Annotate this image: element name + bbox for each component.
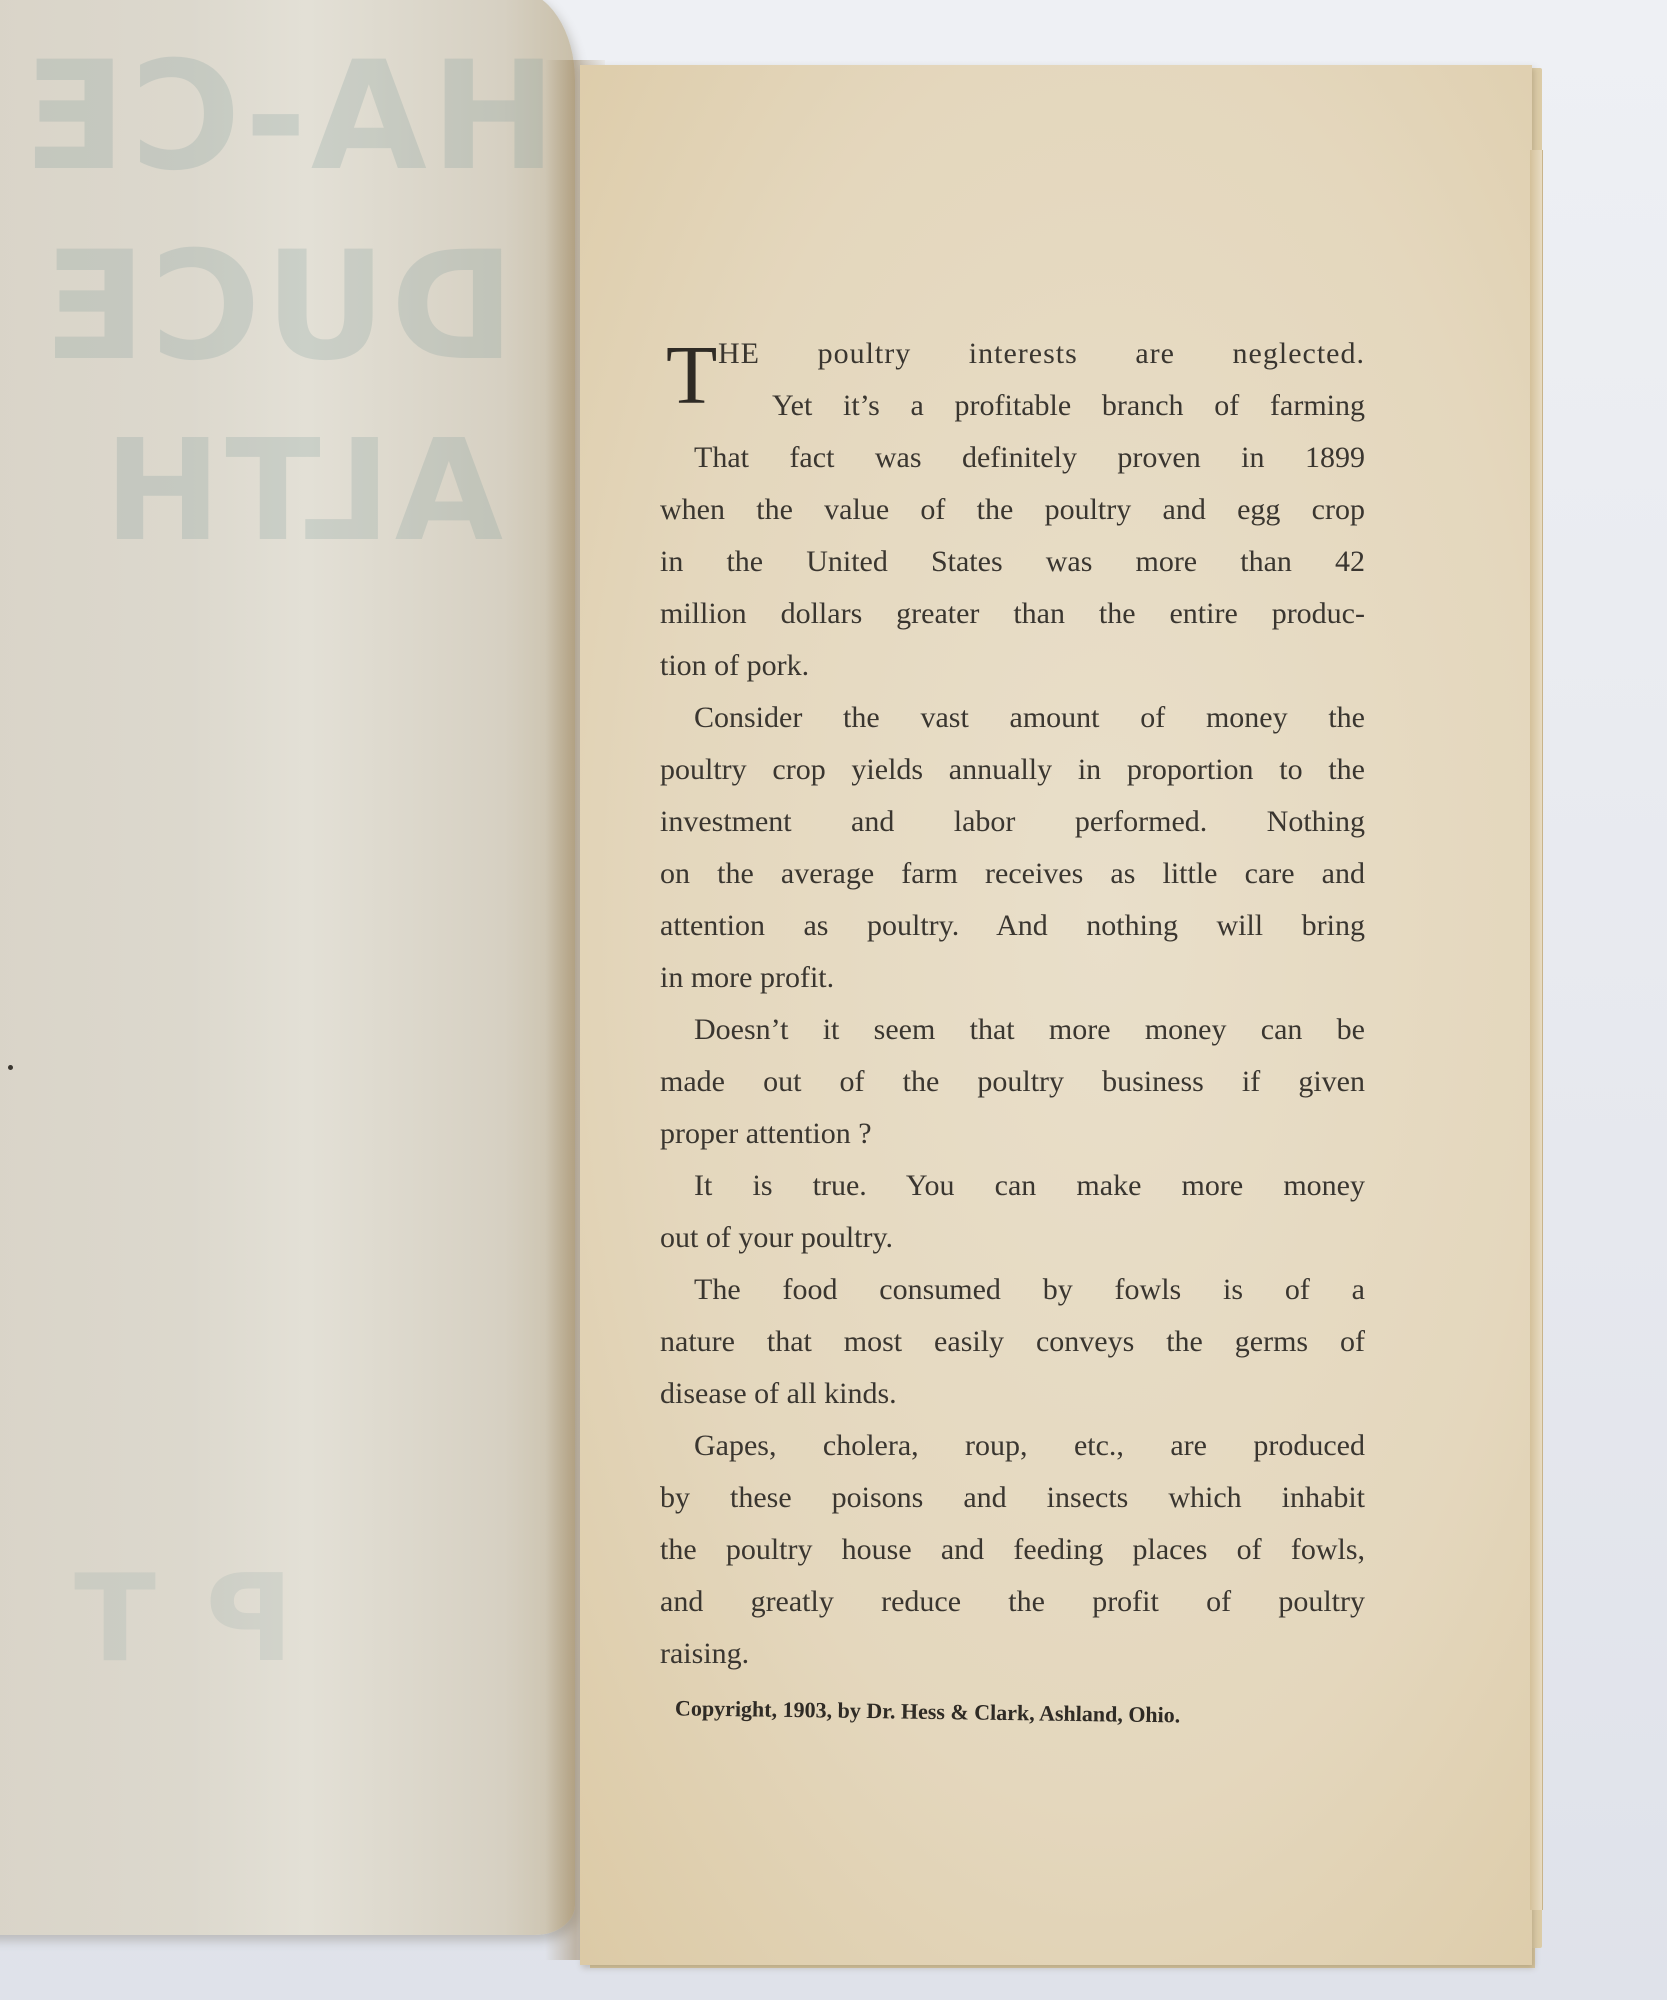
text-line: tion of pork. (660, 640, 1365, 692)
text-line: disease of all kinds. (660, 1368, 1365, 1420)
text-line: and greatly reduce the profit of poultry (660, 1576, 1365, 1628)
paragraph-1: T HE poultry interests are neglected. Ye… (660, 328, 1365, 432)
drop-cap: T (666, 334, 717, 418)
text-line: The food consumed by fowls is of a (660, 1264, 1365, 1316)
text-line: investment and labor performed. Nothing (660, 796, 1365, 848)
text-line: raising. (660, 1628, 1365, 1680)
text-line: Consider the vast amount of money the (660, 692, 1365, 744)
text-line: Doesn’t it seem that more money can be (660, 1004, 1365, 1056)
text-line: That fact was definitely proven in 1899 (660, 432, 1365, 484)
paragraph-4: Doesn’t it seem that more money can be m… (660, 1004, 1365, 1160)
page-edge (1530, 150, 1543, 1910)
body-text: T HE poultry interests are neglected. Ye… (660, 328, 1365, 1680)
text-line: in more profit. (660, 952, 1365, 1004)
ink-speck (8, 1065, 13, 1070)
text-line: It is true. You can make more money (660, 1160, 1365, 1212)
text-line: proper attention ? (660, 1108, 1365, 1160)
paragraph-7: Gapes, cholera, roup, etc., are produced… (660, 1420, 1365, 1680)
text-line: poultry crop yields annually in proporti… (660, 744, 1365, 796)
ghost-text-line: HA-CE (20, 30, 556, 204)
paragraph-3: Consider the vast amount of money the po… (660, 692, 1365, 1004)
ghost-text-line: DUCE (40, 220, 515, 394)
left-page: HA-CE DUCE ALTH P T (0, 0, 575, 1935)
text-line: Gapes, cholera, roup, etc., are produced (660, 1420, 1365, 1472)
text-line: out of your poultry. (660, 1212, 1365, 1264)
text-line: Yet it’s a profitable branch of farming (660, 380, 1365, 432)
text-line: nature that most easily conveys the germ… (660, 1316, 1365, 1368)
paragraph-6: The food consumed by fowls is of a natur… (660, 1264, 1365, 1420)
text-line: on the average farm receives as little c… (660, 848, 1365, 900)
text-line: made out of the poultry business if give… (660, 1056, 1365, 1108)
text-line: when the value of the poultry and egg cr… (660, 484, 1365, 536)
text-line: the poultry house and feeding places of … (660, 1524, 1365, 1576)
paragraph-5: It is true. You can make more money out … (660, 1160, 1365, 1264)
paragraph-2: That fact was definitely proven in 1899 … (660, 432, 1365, 692)
text-line: in the United States was more than 42 (660, 536, 1365, 588)
text-line: attention as poultry. And nothing will b… (660, 900, 1365, 952)
ghost-text-line: ALTH (100, 410, 503, 573)
text-line: million dollars greater than the entire … (660, 588, 1365, 640)
text-line: by these poisons and insects which inhab… (660, 1472, 1365, 1524)
text-line: HE poultry interests are neglected. (660, 328, 1365, 380)
ghost-text-line: P T (70, 1550, 294, 1689)
